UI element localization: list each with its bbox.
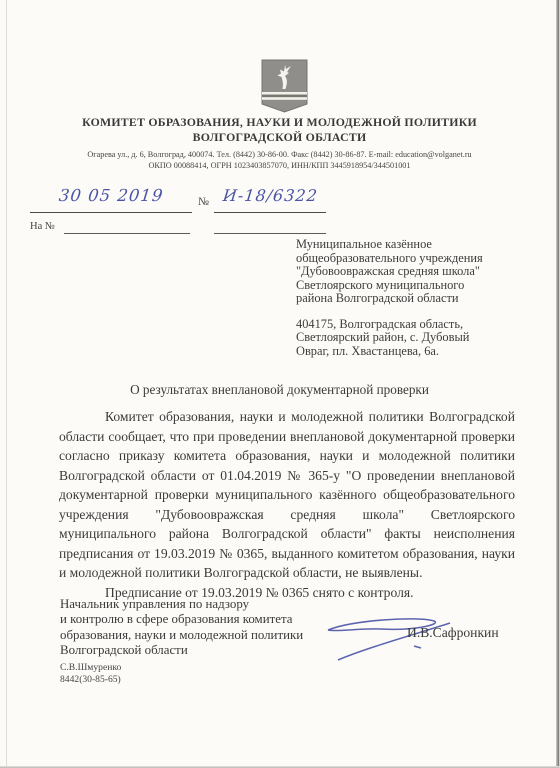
addressee-block: Муниципальное казённое общеобразовательн… bbox=[296, 238, 538, 358]
volgograd-region-coat-of-arms-icon bbox=[261, 59, 308, 113]
org-name-line1: КОМИТЕТ ОБРАЗОВАНИЯ, НАУКИ И МОЛОДЕЖНОЙ … bbox=[82, 115, 477, 129]
addressee-org-line: "Дубовоовражская средняя школа" bbox=[296, 265, 538, 279]
signer-position-line: и контролю в сфере образования комитета bbox=[60, 612, 303, 627]
handwritten-date: 30 05 2019 bbox=[58, 186, 164, 205]
letter-body: Комитет образования, науки и молодежной … bbox=[59, 407, 515, 602]
addressee-address-line: 404175, Волгоградская область, bbox=[296, 318, 538, 332]
addressee-address-line: Светлоярский район, с. Дубовый bbox=[296, 331, 538, 345]
addressee-org-line: Муниципальное казённое bbox=[296, 238, 538, 252]
organization-name: КОМИТЕТ ОБРАЗОВАНИЯ, НАУКИ И МОЛОДЕЖНОЙ … bbox=[0, 115, 559, 144]
addressee-address-line: Овраг, пл. Хвастанцева, 6а. bbox=[296, 345, 538, 359]
signer-name: И.В.Сафронкин bbox=[407, 625, 499, 641]
handwritten-number: И-18/6322 bbox=[222, 186, 319, 205]
number-sign: № bbox=[198, 196, 209, 208]
body-paragraph-1: Комитет образования, науки и молодежной … bbox=[59, 407, 515, 583]
reply-ref-blank-line bbox=[64, 214, 190, 234]
org-name-line2: ВОЛГОГРАДСКОЙ ОБЛАСТИ bbox=[193, 130, 367, 144]
signer-position-line: Начальник управления по надзору bbox=[60, 597, 303, 612]
addressee-org-line: общеобразовательного учреждения bbox=[296, 252, 538, 266]
executor-block: С.В.Шмуренко 8442(30-85-65) bbox=[60, 662, 121, 685]
addressee-org-line: Светлоярского муниципального bbox=[296, 279, 538, 293]
contact-line2: ОКПО 00088414, ОГРН 1023403857070, ИНН/К… bbox=[149, 161, 411, 170]
scanned-letter-page: КОМИТЕТ ОБРАЗОВАНИЯ, НАУКИ И МОЛОДЕЖНОЙ … bbox=[0, 0, 559, 768]
outgoing-date-field: 30 05 2019 bbox=[30, 186, 192, 213]
subject-line: О результатах внеплановой документарной … bbox=[0, 382, 559, 398]
contact-info: Огарева ул., д. 6, Волгоград, 400074. Те… bbox=[0, 150, 559, 171]
reply-ref-label: На № bbox=[30, 221, 55, 232]
executor-name: С.В.Шмуренко bbox=[60, 662, 121, 674]
outgoing-number-field: И-18/6322 bbox=[214, 186, 326, 213]
executor-phone: 8442(30-85-65) bbox=[60, 674, 121, 686]
signer-position-line: образования, науки и молодежной политики bbox=[60, 628, 303, 643]
signer-position: Начальник управления по надзору и контро… bbox=[60, 597, 303, 658]
signer-position-line: Волгоградской области bbox=[60, 643, 303, 658]
contact-line1: Огарева ул., д. 6, Волгоград, 400074. Те… bbox=[87, 150, 471, 159]
addressee-org-line: района Волгоградской области bbox=[296, 292, 538, 306]
reply-ref-date-blank-line bbox=[214, 214, 326, 234]
